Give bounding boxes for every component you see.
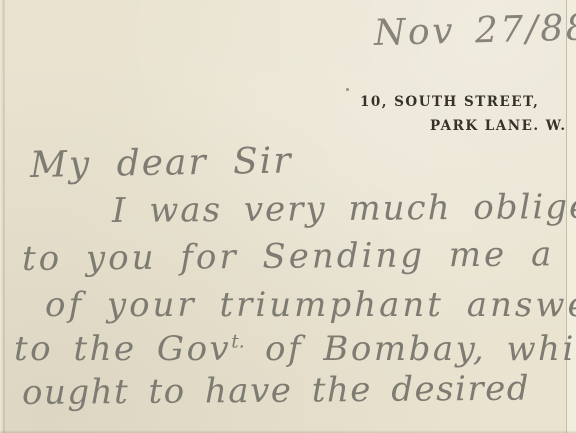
letterhead-address-line1: 10, SOUTH STREET, [360,96,539,110]
handwritten-date: Nov 27/88 [374,10,576,52]
salutation-line: My dear Sir [30,143,293,184]
line4-prefix: to the Gov [14,329,231,369]
letter-scan-page: Nov 27/88 10, SOUTH STREET, PARK LANE. W… [0,0,576,433]
paper-left-edge [0,0,5,433]
handwritten-line-5: ought to have the desired [22,372,530,410]
line4-suffix: of Bombay, which [245,329,576,369]
handwritten-line-2: to you for Sending me a Copy [22,236,576,276]
handwritten-line-1: I was very much obliged [112,190,576,228]
letterhead-address-line2: PARK LANE. W. [430,120,567,134]
handwritten-line-3: of your triumphant answer [45,288,576,322]
ink-speck [346,88,349,91]
handwritten-line-4: to the Govt. of Bombay, which [14,332,576,366]
line4-superscript-abbreviation: t. [231,332,244,353]
